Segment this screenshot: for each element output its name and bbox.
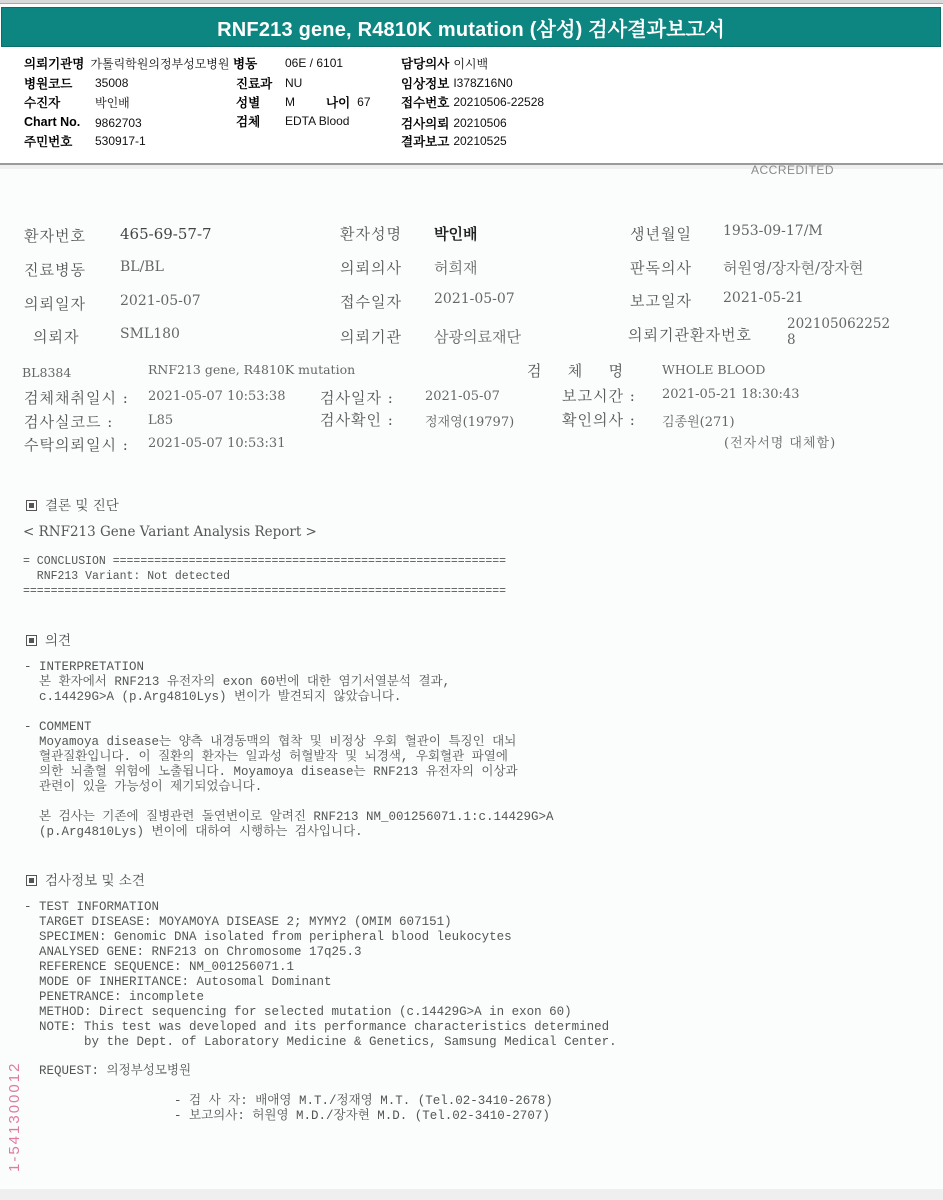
comment-block: - COMMENT Moyamoya disease는 양측 내경동맥의 협착 …	[24, 720, 553, 840]
requester-label: 의뢰자	[33, 326, 79, 347]
comment-spacer	[24, 795, 553, 810]
note-line: NOTE: This test was developed and its pe…	[24, 1020, 617, 1035]
confirm-doctor-value: 김종원(271)	[662, 411, 735, 430]
patient-no-value: 465-69-57-7	[120, 225, 212, 243]
conclusion-line: ========================================…	[23, 584, 506, 599]
square-bullet-icon	[26, 500, 37, 511]
comment-line: 혈관질환입니다. 이 질환의 환자는 일과성 허혈발작 및 뇌경색, 우회혈관 …	[24, 750, 553, 765]
conclusion-section-heading: 결론 및 진단	[26, 494, 119, 514]
conclusion-result: RNF213 Variant: Not detected	[23, 569, 506, 584]
req-inst-value: 삼광의료재단	[434, 326, 521, 347]
patient-name-value: 박인배	[434, 223, 477, 244]
ssn-label: 주민번호	[24, 132, 72, 150]
lab-code-value: L85	[148, 413, 173, 428]
doctor-value: 이시백	[453, 55, 488, 72]
reference-sequence: REFERENCE SEQUENCE: NM_001256071.1	[24, 960, 617, 975]
target-disease: TARGET DISEASE: MOYAMOYA DISEASE 2; MYMY…	[24, 915, 617, 930]
clinical-label: 임상정보	[401, 74, 449, 92]
hospital-code-label: 병원코드	[24, 74, 72, 92]
esign-note: (전자서명 대체함)	[724, 432, 836, 451]
method: METHOD: Direct sequencing for selected m…	[24, 1005, 617, 1020]
request-value: 20210506	[453, 116, 506, 130]
age-value: 67	[357, 95, 370, 109]
ward-scan-value: BL/BL	[120, 259, 164, 275]
conclusion-block: = CONCLUSION ===========================…	[23, 554, 506, 599]
clinical-value: I378Z16N0	[453, 76, 512, 90]
reporting-doctor-line: - 보고의사: 허원영 M.D./장자현 M.D. (Tel.02-3410-2…	[24, 1109, 553, 1124]
scanned-report: ACCREDITED 환자번호 465-69-57-7 환자성명 박인배 생년월…	[0, 169, 943, 1189]
receipt-value: 20210506-22528	[453, 95, 544, 109]
accredited-mark: ACCREDITED	[751, 163, 834, 177]
request-line: REQUEST: 의정부성모병원	[24, 1064, 191, 1079]
req-inst-label: 의뢰기관	[340, 326, 402, 347]
chart-label: Chart No.	[24, 115, 80, 129]
comment-line: 본 검사는 기존에 질병관련 돌연변이로 알려진 RNF213 NM_00125…	[24, 810, 553, 825]
consign-value: 2021-05-07 10:53:31	[148, 436, 285, 451]
note-line: by the Dept. of Laboratory Medicine & Ge…	[24, 1035, 617, 1050]
testinfo-title: 검사정보 및 소견	[45, 873, 145, 889]
ssn-value: 530917-1	[95, 134, 146, 148]
ref-doctor-label: 의뢰의사	[340, 257, 402, 278]
doctor-label: 담당의사	[401, 54, 449, 72]
patient-value: 박인배	[95, 94, 130, 111]
interpretation-block: - INTERPRETATION 본 환자에서 RNF213 유전자의 exon…	[24, 660, 450, 705]
rcv-date-value: 2021-05-07	[434, 291, 515, 307]
req-inst-pt-no-value-line1: 202105062252	[787, 316, 890, 332]
conclusion-title: 결론 및 진단	[45, 498, 119, 514]
tester-line: - 검 사 자: 배애영 M.T./정재영 M.T. (Tel.02-3410-…	[24, 1094, 553, 1109]
specimen-info: SPECIMEN: Genomic DNA isolated from peri…	[24, 930, 617, 945]
reading-doctor-label: 판독의사	[630, 257, 692, 278]
staff-block: - 검 사 자: 배애영 M.T./정재영 M.T. (Tel.02-3410-…	[24, 1094, 553, 1124]
report-time-label: 보고시간 :	[562, 385, 636, 406]
comment-line: 관련이 있을 가능성이 제기되었습니다.	[24, 780, 553, 795]
ward-value: 06E / 6101	[285, 56, 343, 70]
confirm-value: 정재영(19797)	[425, 411, 514, 430]
institution-row: 의뢰기관명 가톨릭학원의정부성모병원	[24, 54, 230, 72]
dob-value: 1953-09-17/M	[723, 223, 823, 239]
conclusion-line: = CONCLUSION ===========================…	[23, 554, 506, 569]
report-time-value: 2021-05-21 18:30:43	[662, 387, 799, 402]
report-header: 의뢰기관명 가톨릭학원의정부성모병원 병동 06E / 6101 담당의사 이시…	[0, 52, 943, 164]
testinfo-heading: - TEST INFORMATION	[24, 900, 617, 915]
specimen-name-value: WHOLE BLOOD	[662, 362, 765, 377]
lab-code-label: 검사실코드 :	[24, 411, 113, 432]
req-date-label: 의뢰일자	[24, 293, 86, 314]
analysed-gene: ANALYSED GENE: RNF213 on Chromosome 17q2…	[24, 945, 617, 960]
interpretation-line: 본 환자에서 RNF213 유전자의 exon 60번에 대한 염기서열분석 결…	[24, 675, 450, 690]
sex-label: 성별	[236, 93, 260, 111]
penetrance: PENETRANCE: incomplete	[24, 990, 617, 1005]
institution-value: 가톨릭학원의정부성모병원	[90, 55, 229, 72]
opinion-title: 의견	[45, 633, 71, 649]
square-bullet-icon	[26, 875, 37, 886]
report-date-label: 보고일자	[630, 290, 692, 311]
interpretation-line: c.14429G>A (p.Arg4810Lys) 변이가 발견되지 않았습니다…	[24, 690, 450, 705]
ward-label: 병동	[233, 54, 257, 72]
comment-line: Moyamoya disease는 양측 내경동맥의 협착 및 비정상 우회 혈…	[24, 735, 553, 750]
interpretation-heading: - INTERPRETATION	[24, 660, 450, 675]
side-document-id: 1-541300012	[6, 1052, 26, 1172]
result-value: 20210525	[453, 134, 506, 148]
test-code: BL8384	[22, 365, 71, 380]
opinion-section-heading: 의견	[26, 629, 71, 649]
patient-name-label: 환자성명	[340, 223, 402, 244]
req-inst-pt-no-value-line2: 8	[787, 332, 796, 348]
test-name: RNF213 gene, R4810K mutation	[148, 362, 355, 377]
report-title: RNF213 gene, R4810K mutation (삼성) 검사결과보고…	[1, 7, 941, 47]
mode-of-inheritance: MODE OF INHERITANCE: Autosomal Dominant	[24, 975, 617, 990]
chart-value: 9862703	[95, 116, 142, 130]
collect-value: 2021-05-07 10:53:38	[148, 389, 285, 404]
specimen-value: EDTA Blood	[285, 114, 349, 128]
req-date-value: 2021-05-07	[120, 293, 201, 309]
ref-doctor-value: 허희재	[434, 257, 477, 278]
comment-line: (p.Arg4810Lys) 변이에 대하여 시행하는 검사입니다.	[24, 825, 553, 840]
patient-label: 수진자	[24, 93, 60, 111]
result-label: 결과보고	[401, 132, 449, 150]
request-label: 검사의뢰	[401, 114, 449, 132]
age-label: 나이	[326, 93, 350, 111]
dob-label: 생년월일	[630, 223, 692, 244]
specimen-name-label: 검 체 명	[527, 360, 626, 381]
specimen-label: 검체	[236, 112, 260, 130]
consign-label: 수탁의뢰일시 :	[24, 434, 129, 455]
testinfo-section-heading: 검사정보 및 소견	[26, 869, 145, 889]
report-date-value: 2021-05-21	[723, 290, 804, 306]
patient-no-label: 환자번호	[24, 225, 86, 246]
reading-doctor-value: 허원영/장자현/장자현	[723, 257, 864, 278]
report-subtitle: < RNF213 Gene Variant Analysis Report >	[23, 524, 317, 540]
hospital-code-value: 35008	[95, 76, 128, 90]
confirm-label: 검사확인 :	[320, 409, 394, 430]
receipt-label: 접수번호	[401, 93, 449, 111]
rcv-date-label: 접수일자	[340, 291, 402, 312]
req-inst-pt-no-label: 의뢰기관환자번호	[628, 324, 752, 345]
requester-value: SML180	[120, 326, 180, 342]
institution-label: 의뢰기관명	[24, 54, 84, 72]
comment-heading: - COMMENT	[24, 720, 553, 735]
sex-value: M	[285, 95, 295, 109]
test-date-label: 검사일자 :	[320, 387, 394, 408]
testinfo-block: - TEST INFORMATION TARGET DISEASE: MOYAM…	[24, 900, 617, 1050]
top-rule	[0, 0, 943, 4]
ward-scan-label: 진료병동	[24, 259, 86, 280]
dept-label: 진료과	[236, 74, 272, 92]
test-date-value: 2021-05-07	[425, 389, 500, 404]
square-bullet-icon	[26, 635, 37, 646]
confirm-doctor-label: 확인의사 :	[562, 409, 636, 430]
bottom-bar	[0, 1189, 943, 1200]
dept-value: NU	[285, 76, 302, 90]
comment-line: 의한 뇌출혈 위험에 노출됩니다. Moyamoya disease는 RNF2…	[24, 765, 553, 780]
collect-label: 검체채취일시 :	[24, 387, 129, 408]
